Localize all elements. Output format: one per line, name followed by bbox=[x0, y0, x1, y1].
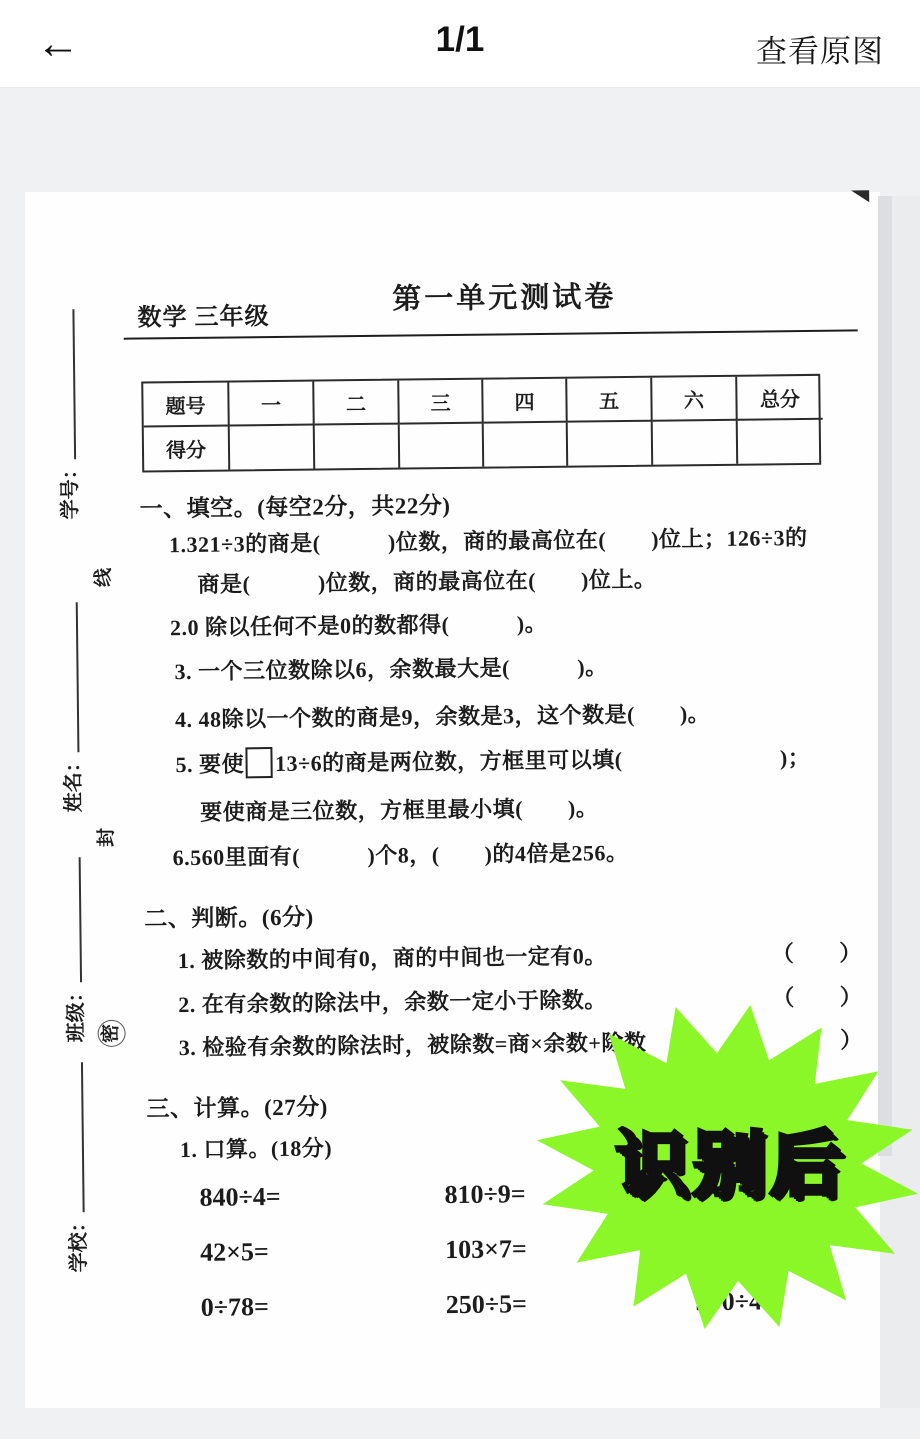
class-field: 班级： bbox=[59, 857, 90, 1042]
score-empty-cell bbox=[315, 425, 400, 469]
calc-expression: 810÷9= bbox=[444, 1179, 525, 1210]
question-1-line2: 商是( )位数，商的最高位在( )位上。 bbox=[197, 563, 656, 599]
oral-calc-heading: 1. 口算。(18分) bbox=[180, 1131, 332, 1164]
judge-item-1-text: 1. 被除数的中间有0，商的中间也一定有0。 bbox=[178, 939, 607, 975]
question-2: 2.0 除以任何不是0的数都得( )。 bbox=[170, 607, 547, 642]
judge-item-1: 1. 被除数的中间有0，商的中间也一定有0。（ ） bbox=[178, 936, 862, 975]
seal-char-feng: 封 bbox=[95, 828, 119, 847]
student-id-label: 学号： bbox=[59, 459, 82, 519]
score-table-header-cell: 四 bbox=[483, 379, 567, 424]
sticker-label: 识别后 bbox=[535, 1002, 920, 1332]
school-label: 学校： bbox=[68, 1212, 91, 1272]
calc-expression: 250÷5= bbox=[446, 1289, 527, 1320]
calc-expression: 42×5= bbox=[200, 1237, 269, 1268]
question-1-line1: 1.321÷3的商是( )位数，商的最高位在( )位上；126÷3的 bbox=[169, 521, 808, 559]
school-blank-line bbox=[61, 1062, 85, 1212]
score-table-header-cell: 总分 bbox=[737, 376, 822, 421]
page-corner-fold-mark bbox=[851, 190, 869, 202]
question-5-pre: 5. 要使 bbox=[175, 751, 244, 777]
class-blank-line bbox=[59, 857, 82, 982]
score-empty-cell bbox=[738, 420, 823, 464]
score-table: 题号 一 二 三 四 五 六 总分 得分 bbox=[141, 374, 821, 473]
name-field: 姓名： bbox=[56, 602, 87, 812]
judge-item-1-blank: （ ） bbox=[772, 936, 862, 968]
score-empty-cell bbox=[568, 422, 653, 466]
subject-label: 数学 三年级 bbox=[137, 296, 269, 332]
recognition-sticker: 识别后 bbox=[535, 1002, 920, 1332]
score-empty-cell bbox=[400, 424, 484, 468]
name-label: 姓名： bbox=[62, 752, 85, 812]
name-blank-line bbox=[56, 602, 80, 752]
student-id-field: 学号： bbox=[52, 309, 83, 519]
view-original-button[interactable]: 查看原图 bbox=[756, 26, 884, 71]
calc-expression: 103×7= bbox=[445, 1234, 527, 1265]
seal-char-xian: 线 bbox=[92, 568, 116, 587]
student-id-blank-line bbox=[52, 309, 76, 459]
paper-title: 第一单元测试卷 bbox=[279, 273, 729, 319]
score-table-header-cell: 题号 bbox=[143, 383, 229, 428]
question-5-line2: 要使商是三位数，方框里最小填( )。 bbox=[200, 791, 598, 827]
question-6: 6.560里面有( )个8，( )的4倍是256。 bbox=[172, 836, 628, 872]
calc-expression: 840÷4= bbox=[199, 1182, 280, 1213]
question-4: 4. 48除以一个数的商是9，余数是3，这个数是( )。 bbox=[175, 697, 710, 734]
score-empty-cell bbox=[653, 421, 738, 465]
section1-heading: 一、填空。(每空2分，共22分) bbox=[139, 487, 450, 524]
question-5-line1: 5. 要使13÷6的商是两位数，方框里可以填( )； bbox=[175, 741, 810, 779]
score-table-header-cell: 六 bbox=[652, 377, 737, 422]
question-5-post: 13÷6的商是两位数，方框里可以填( )； bbox=[275, 745, 810, 776]
class-label: 班级： bbox=[65, 982, 88, 1042]
question-3: 3. 一个三位数除以6，余数最大是( )。 bbox=[174, 650, 607, 686]
score-label-cell: 得分 bbox=[144, 427, 230, 471]
score-table-header-cell: 三 bbox=[399, 380, 483, 425]
score-table-header-cell: 五 bbox=[567, 378, 652, 423]
screen: { "topbar": { "back": "←", "page": "1/1"… bbox=[0, 0, 920, 1439]
seal-char-mi: 密 bbox=[97, 1020, 125, 1047]
calc-expression: 0÷78= bbox=[201, 1292, 269, 1323]
square-blank-box bbox=[245, 747, 272, 778]
section2-heading: 二、判断。(6分) bbox=[144, 899, 314, 934]
score-empty-cell bbox=[230, 426, 315, 470]
top-bar: ← 1/1 查看原图 bbox=[0, 0, 920, 88]
score-table-header-cell: 二 bbox=[314, 381, 399, 426]
score-table-header-cell: 一 bbox=[229, 382, 314, 427]
school-field: 学校： bbox=[61, 1062, 92, 1272]
score-empty-cell bbox=[484, 423, 568, 467]
section3-heading: 三、计算。(27分) bbox=[146, 1088, 328, 1123]
